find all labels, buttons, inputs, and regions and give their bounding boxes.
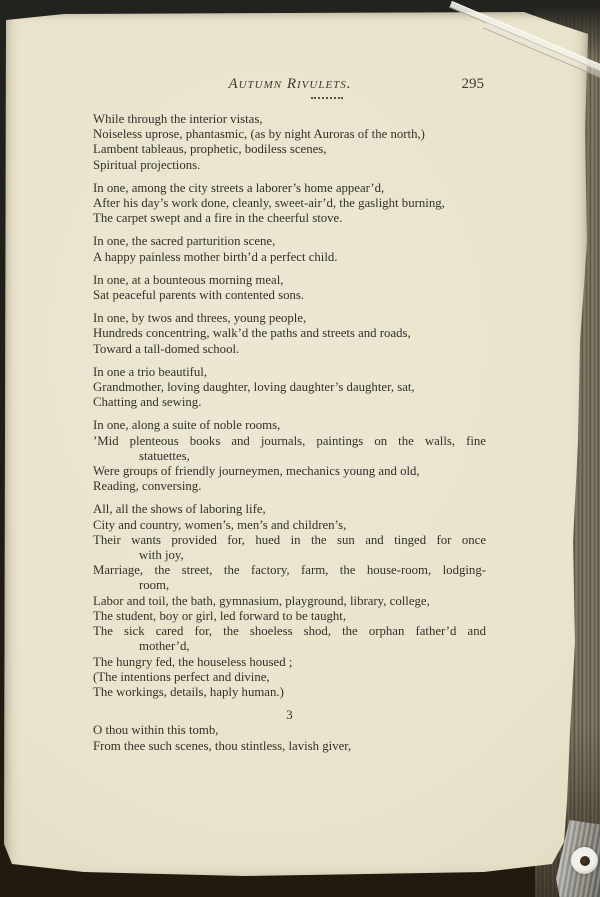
stanza: In one, by twos and threes, young people… bbox=[93, 311, 486, 357]
running-head-title: Autumn Rivulets. bbox=[228, 76, 351, 93]
poem-line: All, all the shows of laboring life, bbox=[93, 502, 486, 517]
poem-line: O thou within this tomb, bbox=[93, 723, 486, 738]
stanza: In one, at a bounteous morning meal,Sat … bbox=[93, 273, 486, 303]
poem-line: Spiritual projections. bbox=[93, 158, 486, 173]
stanza: In one, among the city streets a laborer… bbox=[93, 181, 486, 227]
poem-text: While through the interior vistas,Noisel… bbox=[93, 112, 486, 762]
grommet-ring bbox=[571, 847, 598, 874]
stanza: In one, the sacred parturition scene,A h… bbox=[93, 234, 486, 264]
poem-line: Were groups of friendly journeymen, mech… bbox=[93, 464, 486, 479]
poem-line: The workings, details, haply human.) bbox=[93, 685, 486, 700]
poem-line: statuettes, bbox=[93, 449, 486, 464]
poem-line: Lambent tableaus, prophetic, bodiless sc… bbox=[93, 142, 486, 157]
grommet-center bbox=[580, 856, 590, 866]
poem-line: ’Mid plenteous books and journals, paint… bbox=[93, 434, 486, 449]
poem-line: In one a trio beautiful, bbox=[93, 365, 486, 380]
running-head: Autumn Rivulets. 295 bbox=[4, 76, 588, 96]
poem-line: From thee such scenes, thou stintless, l… bbox=[93, 739, 486, 754]
poem-line: City and country, women’s, men’s and chi… bbox=[93, 518, 486, 533]
poem-line: A happy painless mother birth’d a perfec… bbox=[93, 250, 486, 265]
poem-line: Chatting and sewing. bbox=[93, 395, 486, 410]
stanza: O thou within this tomb,From thee such s… bbox=[93, 723, 486, 753]
poem-line: with joy, bbox=[93, 548, 486, 563]
poem-line: The student, boy or girl, led forward to… bbox=[93, 609, 486, 624]
poem-line: Grandmother, loving daughter, loving dau… bbox=[93, 380, 486, 395]
poem-line: In one, along a suite of noble rooms, bbox=[93, 418, 486, 433]
poem-line: Marriage, the street, the factory, farm,… bbox=[93, 563, 486, 578]
poem-line: room, bbox=[93, 578, 486, 593]
poem-line: Toward a tall-domed school. bbox=[93, 342, 486, 357]
poem-line: Noiseless uprose, phantasmic, (as by nig… bbox=[93, 127, 486, 142]
poem-line: Labor and toil, the bath, gymnasium, pla… bbox=[93, 594, 486, 609]
poem-line: In one, the sacred parturition scene, bbox=[93, 234, 486, 249]
poem-line: While through the interior vistas, bbox=[93, 112, 486, 127]
header-ornament-rule bbox=[311, 97, 343, 99]
poem-line: Their wants provided for, hued in the su… bbox=[93, 533, 486, 548]
poem-line: In one, by twos and threes, young people… bbox=[93, 311, 486, 326]
poem-line: Sat peaceful parents with contented sons… bbox=[93, 288, 486, 303]
poem-line: Hundreds concentring, walk’d the paths a… bbox=[93, 326, 486, 341]
poem-line: Reading, conversing. bbox=[93, 479, 486, 494]
stanza: In one, along a suite of noble rooms,’Mi… bbox=[93, 418, 486, 494]
stanza: In one a trio beautiful,Grandmother, lov… bbox=[93, 365, 486, 411]
scanned-book-page-scene: Autumn Rivulets. 295 While through the i… bbox=[0, 0, 600, 897]
poem-line: mother’d, bbox=[93, 639, 486, 654]
section-number: 3 bbox=[93, 708, 486, 723]
poem-line: (The intentions perfect and divine, bbox=[93, 670, 486, 685]
stanza: While through the interior vistas,Noisel… bbox=[93, 112, 486, 173]
page-number: 295 bbox=[462, 76, 485, 93]
poem-line: In one, at a bounteous morning meal, bbox=[93, 273, 486, 288]
book-page: Autumn Rivulets. 295 While through the i… bbox=[4, 12, 588, 884]
poem-line: In one, among the city streets a laborer… bbox=[93, 181, 486, 196]
stanza: All, all the shows of laboring life,City… bbox=[93, 502, 486, 700]
poem-line: After his day’s work done, cleanly, swee… bbox=[93, 196, 486, 211]
poem-line: The carpet swept and a fire in the cheer… bbox=[93, 211, 486, 226]
poem-line: The sick cared for, the shoeless shod, t… bbox=[93, 624, 486, 639]
poem-line: The hungry fed, the houseless housed ; bbox=[93, 655, 486, 670]
